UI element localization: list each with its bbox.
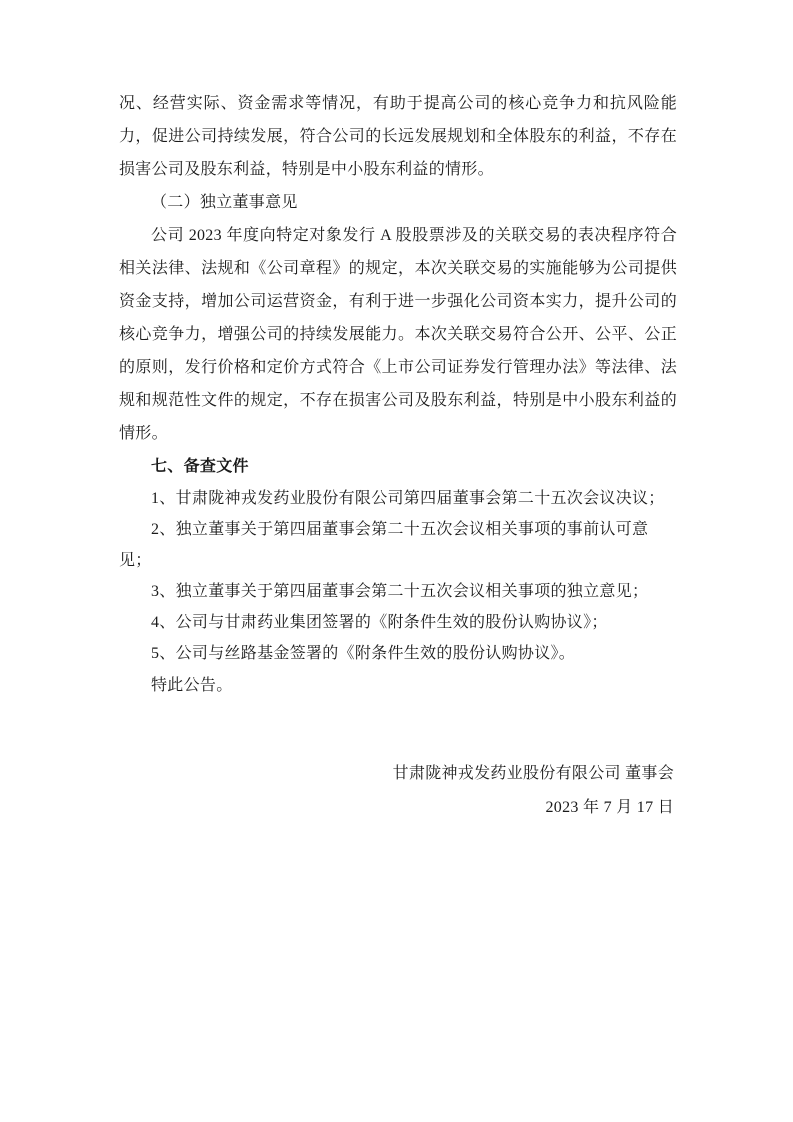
reference-document-item-1: 1、甘肃陇神戎发药业股份有限公司第四届董事会第二十五次会议决议； (119, 483, 677, 514)
signature-company-line: 甘肃陇神戎发药业股份有限公司 董事会 (119, 757, 674, 791)
document-page: 况、经营实际、资金需求等情况，有助于提高公司的核心竞争力和抗风险能力，促进公司持… (0, 0, 793, 1122)
closing-statement: 特此公告。 (119, 669, 677, 702)
signature-block: 甘肃陇神戎发药业股份有限公司 董事会 2023 年 7 月 17 日 (119, 757, 677, 825)
signature-date-line: 2023 年 7 月 17 日 (119, 791, 674, 825)
paragraph-independent-director-opinion: 公司 2023 年度向特定对象发行 A 股股票涉及的关联交易的表决程序符合相关法… (119, 219, 677, 450)
reference-document-item-4: 4、公司与甘肃药业集团签署的《附条件生效的股份认购协议》； (119, 607, 677, 638)
section-heading-reference-documents: 七、备查文件 (119, 450, 677, 483)
reference-document-item-3: 3、独立董事关于第四届董事会第二十五次会议相关事项的独立意见； (119, 576, 677, 607)
paragraph-continuation: 况、经营实际、资金需求等情况，有助于提高公司的核心竞争力和抗风险能力，促进公司持… (119, 87, 677, 186)
document-content: 况、经营实际、资金需求等情况，有助于提高公司的核心竞争力和抗风险能力，促进公司持… (119, 87, 677, 825)
subsection-heading-independent-director-opinion: （二）独立董事意见 (119, 186, 677, 219)
reference-document-item-5: 5、公司与丝路基金签署的《附条件生效的股份认购协议》。 (119, 638, 677, 669)
reference-document-item-2: 2、独立董事关于第四届董事会第二十五次会议相关事项的事前认可意见； (119, 514, 677, 576)
reference-documents-list: 1、甘肃陇神戎发药业股份有限公司第四届董事会第二十五次会议决议； 2、独立董事关… (119, 483, 677, 669)
